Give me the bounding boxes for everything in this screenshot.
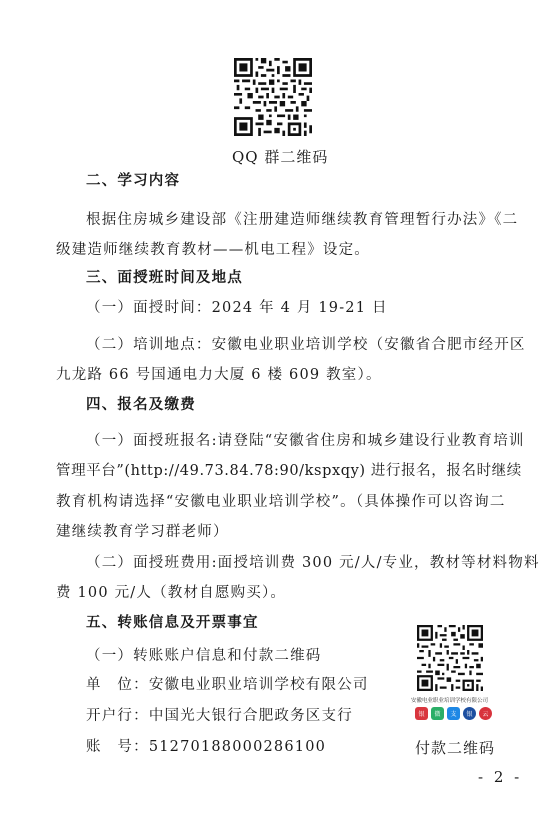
payee-unit: 单 位：安徽电业职业培训学校有限公司 — [86, 675, 369, 695]
fee-line-1: （二）面授班费用:面授培训费 300 元/人/专业，教材等材料物料 — [86, 553, 540, 573]
section-heading-transfer: 五、转账信息及开票事宜 — [86, 613, 259, 633]
training-location-line-2: 九龙路 66 号国通电力大厦 6 楼 609 教室）。 — [56, 365, 382, 385]
payment-qr-brand-text: 安徽电业职业培训学校有限公司 — [411, 696, 488, 704]
section-heading-study-content: 二、学习内容 — [86, 171, 180, 191]
qr-code-icon — [234, 58, 312, 136]
payment-method-icons: 银 微 支 银 云 — [415, 707, 492, 720]
wechat-pay-icon: 微 — [431, 707, 444, 720]
cloud-quickpass-icon: 云 — [479, 707, 492, 720]
transfer-subheading: （一）转账账户信息和付款二维码 — [86, 646, 322, 666]
account-number: 账 号：51270188000286100 — [86, 737, 326, 757]
payment-qr-caption: 付款二维码 — [415, 737, 495, 758]
signup-line-4: 建继续教育学习群老师） — [56, 522, 229, 542]
qq-group-qr-caption: QQ 群二维码 — [232, 146, 328, 167]
payee-unit-label: 单 位： — [86, 677, 149, 693]
section-heading-schedule: 三、面授班时间及地点 — [86, 268, 243, 288]
training-time: （一）面授时间：2024 年 4 月 19-21 日 — [86, 298, 388, 318]
alipay-icon: 支 — [447, 707, 460, 720]
account-number-value: 51270188000286100 — [149, 739, 326, 755]
signup-line-2: 管理平台”(http://49.73.84.78:90/kspxqy) 进行报名… — [56, 461, 522, 481]
section-heading-registration: 四、报名及缴费 — [86, 395, 196, 415]
fee-line-2: 费 100 元/人（教材自愿购买）。 — [56, 583, 286, 603]
training-location-line-1: （二）培训地点：安徽电业职业培训学校（安徽省合肥市经开区 — [86, 335, 526, 355]
qq-group-qr-code — [234, 58, 312, 136]
bank-name: 开户行：中国光大银行合肥政务区支行 — [86, 706, 353, 726]
unionpay-icon: 银 — [415, 707, 428, 720]
study-content-line-1: 根据住房城乡建设部《注册建造师继续教育管理暂行办法》《二 — [86, 210, 518, 230]
bank-app-icon: 银 — [463, 707, 476, 720]
bank-name-label: 开户行： — [86, 708, 149, 724]
account-number-label: 账 号： — [86, 739, 149, 755]
qr-code-icon — [417, 625, 483, 691]
bank-name-value: 中国光大银行合肥政务区支行 — [149, 708, 353, 724]
page-number: - 2 - — [478, 768, 522, 786]
signup-line-3: 教育机构请选择“安徽电业职业培训学校”。（具体操作可以咨询二 — [56, 492, 506, 512]
payment-qr-code — [417, 625, 483, 691]
signup-line-1: （一）面授班报名:请登陆“安徽省住房和城乡建设行业教育培训 — [86, 431, 525, 451]
study-content-line-2: 级建造师继续教育教材——机电工程》设定。 — [56, 240, 370, 260]
payee-unit-value: 安徽电业职业培训学校有限公司 — [149, 677, 369, 693]
